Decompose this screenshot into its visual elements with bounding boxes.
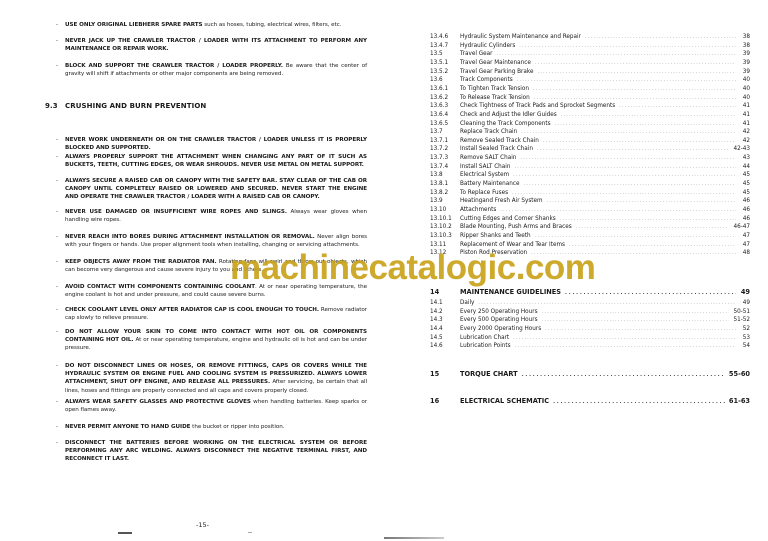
toc-number: 13.5.1	[430, 59, 460, 68]
toc-title: Hydraulic Cylinders	[460, 42, 519, 51]
toc-page-number: 42	[736, 128, 750, 137]
toc-number: 13.6.2	[430, 94, 460, 103]
watermark: machinecatalogic.com	[230, 248, 595, 288]
toc-page-number: 39	[736, 59, 750, 68]
toc-number: 13.6.1	[430, 85, 460, 94]
toc-page-number: 45	[736, 171, 750, 180]
bullet-item: -DISCONNECT THE BATTERIES BEFORE WORKING…	[65, 439, 367, 464]
bullet-marker: -	[56, 177, 58, 185]
toc-page-number: 53	[736, 334, 750, 343]
toc-page-number: 45	[736, 180, 750, 189]
toc-page-number: 38	[736, 33, 750, 42]
bullet-marker: -	[56, 283, 58, 291]
toc-number: 13.7.2	[430, 145, 460, 154]
toc-leader-dots: ........................................…	[565, 288, 736, 298]
bullet-emphasis: NEVER REACH INTO BORES DURING ATTACHMENT…	[65, 234, 315, 240]
toc-row[interactable]: 13.8.1Battery Maintenance...............…	[430, 180, 750, 189]
toc-page-number: 47	[736, 232, 750, 241]
toc-page-number: 47	[736, 241, 750, 250]
toc-title: Every 250 Operating Hours	[460, 308, 542, 317]
toc-number: 14.2	[430, 308, 460, 317]
bullet-marker: -	[56, 37, 58, 45]
toc-number: 13.6	[430, 76, 460, 85]
toc-number: 14.4	[430, 325, 460, 334]
toc-page-number: 50-51	[729, 308, 750, 317]
bullet-marker: -	[56, 328, 58, 336]
toc-page-number: 39	[736, 68, 750, 77]
toc-row[interactable]: 13.6.5Cleaning the Track Components.....…	[430, 120, 750, 129]
bullet-marker: -	[56, 208, 58, 216]
toc-row[interactable]: 13.10.3Ripper Shanks and Teeth..........…	[430, 232, 750, 241]
bullet-emphasis: NEVER JACK UP THE CRAWLER TRACTOR / LOAD…	[65, 38, 367, 52]
toc-number: 13.6.4	[430, 111, 460, 120]
toc-title: Travel Gear Parking Brake	[460, 68, 537, 77]
toc-number: 13.4.6	[430, 33, 460, 42]
toc-row[interactable]: 13.4.6Hydraulic System Maintenance and R…	[430, 33, 750, 42]
toc-number: 14.5	[430, 334, 460, 343]
toc-number: 13.6.3	[430, 102, 460, 111]
toc-number: 13.10.1	[430, 215, 460, 224]
toc-title: Install SALT Chain	[460, 163, 514, 172]
toc-row[interactable]: 13.7.3Remove SALT Chain.................…	[430, 154, 750, 163]
scan-artifact	[248, 532, 252, 533]
bullet-emphasis: AVOID CONTACT WITH COMPONENTS CONTAINING…	[65, 284, 255, 290]
toc-leader-dots: ........................................…	[553, 397, 725, 407]
toc-row[interactable]: 13.4.7Hydraulic Cylinders...............…	[430, 42, 750, 51]
toc-number: 16	[430, 396, 460, 406]
toc-number: 13.5.2	[430, 68, 460, 77]
toc-page-number: 49	[736, 299, 750, 308]
toc-title: Track Components	[460, 76, 517, 85]
bullet-item: -NEVER WORK UNDERNEATH OR ON THE CRAWLER…	[65, 136, 367, 152]
toc-title: Heatingand Fresh Air System	[460, 197, 547, 206]
toc-number: 13.5	[430, 50, 460, 59]
bullet-text: such as hoses, tubing, electrical wires,…	[203, 22, 342, 28]
toc-title: Lubrication Points	[460, 342, 515, 351]
section-number: 9.3	[45, 102, 65, 110]
bullet-emphasis: ALWAYS PROPERLY SUPPORT THE ATTACHMENT W…	[65, 154, 367, 168]
toc-row[interactable]: 13.5.2Travel Gear Parking Brake.........…	[430, 68, 750, 77]
toc-title: Cutting Edges and Corner Shanks	[460, 215, 560, 224]
toc-title: Check and Adjust the Idler Guides	[460, 111, 561, 120]
toc-title: MAINTENANCE GUIDELINES	[460, 287, 565, 297]
toc-page-number: 51-52	[729, 316, 750, 325]
toc-title: Daily	[460, 299, 478, 308]
toc-page-number: 46	[736, 197, 750, 206]
toc-section-row[interactable]: 14MAINTENANCE GUIDELINES................…	[430, 287, 750, 297]
toc-row[interactable]: 14.5Lubrication Chart...................…	[430, 334, 750, 343]
toc-page-number: 41	[736, 102, 750, 111]
section-heading: 9.3CRUSHING AND BURN PREVENTION	[45, 102, 206, 110]
toc-row[interactable]: 14.2Every 250 Operating Hours...........…	[430, 308, 750, 317]
bullet-marker: -	[56, 153, 58, 161]
bullet-emphasis: NEVER WORK UNDERNEATH OR ON THE CRAWLER …	[65, 137, 367, 151]
toc-title: Remove Sealed Track Chain	[460, 137, 543, 146]
toc-number: 13.8	[430, 171, 460, 180]
toc-number: 14.3	[430, 316, 460, 325]
bullet-emphasis: CHECK COOLANT LEVEL ONLY AFTER RADIATOR …	[65, 307, 319, 313]
toc-number: 13.7.1	[430, 137, 460, 146]
bullet-item: -DO NOT DISCONNECT LINES OR HOSES, OR RE…	[65, 362, 367, 395]
bullet-item: -DO NOT ALLOW YOUR SKIN TO COME INTO CON…	[65, 328, 367, 353]
bullet-marker: -	[56, 439, 58, 447]
toc-row[interactable]: 13.8Electrical System...................…	[430, 171, 750, 180]
toc-page-number: 44	[736, 163, 750, 172]
bullet-item: -ALWAYS SECURE A RAISED CAB OR CANOPY WI…	[65, 177, 367, 202]
toc-number: 13.8.2	[430, 189, 460, 198]
toc-page-number: 40	[736, 76, 750, 85]
section-title: CRUSHING AND BURN PREVENTION	[65, 102, 206, 110]
bullet-marker: -	[56, 136, 58, 144]
bullet-item: -USE ONLY ORIGINAL LIEBHERR SPARE PARTS …	[65, 21, 367, 29]
toc-page-number: 41	[736, 111, 750, 120]
bullet-marker: -	[56, 233, 58, 241]
toc-title: Attachments	[460, 206, 500, 215]
toc-title: Every 2000 Operating Hours	[460, 325, 545, 334]
bullet-item: -ALWAYS WEAR SAFETY GLASSES AND PROTECTI…	[65, 398, 367, 414]
toc-title: Every 500 Operating Hours	[460, 316, 542, 325]
bullet-emphasis: USE ONLY ORIGINAL LIEBHERR SPARE PARTS	[65, 22, 203, 28]
bullet-emphasis: ALWAYS SECURE A RAISED CAB OR CANOPY WIT…	[65, 178, 367, 200]
bullet-item: -ALWAYS PROPERLY SUPPORT THE ATTACHMENT …	[65, 153, 367, 169]
toc-row[interactable]: 13.7Replace Track Chain.................…	[430, 128, 750, 137]
toc-title: Replace Track Chain	[460, 128, 521, 137]
toc-number: 13.8.1	[430, 180, 460, 189]
bullet-emphasis: KEEP OBJECTS AWAY FROM THE RADIATOR FAN.	[65, 259, 217, 265]
toc-number: 13.9	[430, 197, 460, 206]
toc-title: Blade Mounting, Push Arms and Braces	[460, 223, 576, 232]
scan-artifact	[384, 537, 444, 539]
bullet-marker: -	[56, 362, 58, 370]
bullet-emphasis: ALWAYS WEAR SAFETY GLASSES AND PROTECTIV…	[65, 399, 251, 405]
toc-number: 13.10.2	[430, 223, 460, 232]
toc-row[interactable]: 13.6.4Check and Adjust the Idler Guides.…	[430, 111, 750, 120]
toc-leader-dots: ........................................…	[515, 343, 736, 352]
toc-page-number: 45	[736, 189, 750, 198]
toc-row[interactable]: 14.3Every 500 Operating Hours...........…	[430, 316, 750, 325]
toc-page-number: 39	[736, 50, 750, 59]
toc-title: ELECTRICAL SCHEMATIC	[460, 396, 553, 406]
toc-title: Ripper Shanks and Teeth	[460, 232, 535, 241]
toc-title: To Tighten Track Tension	[460, 85, 533, 94]
toc-number: 14.6	[430, 342, 460, 351]
toc-row[interactable]: 13.6.3Check Tightness of Track Pads and …	[430, 102, 750, 111]
toc-row[interactable]: 13.6.1To Tighten Track Tension..........…	[430, 85, 750, 94]
toc-row[interactable]: 13.5.1Travel Gear Maintenance...........…	[430, 59, 750, 68]
toc-title: Install Sealed Track Chain	[460, 145, 537, 154]
toc-page-number: 54	[736, 342, 750, 351]
toc-title: Travel Gear Maintenance	[460, 59, 535, 68]
bullet-item: -NEVER JACK UP THE CRAWLER TRACTOR / LOA…	[65, 37, 367, 53]
toc-page-number: 52	[736, 325, 750, 334]
bullet-item: -NEVER USE DAMAGED OR INSUFFICIENT WIRE …	[65, 208, 367, 224]
toc-row[interactable]: 13.6Track Components....................…	[430, 76, 750, 85]
toc-page-number: 38	[736, 42, 750, 51]
bullet-marker: -	[56, 306, 58, 314]
toc-number: 14	[430, 287, 460, 297]
bullet-marker: -	[56, 258, 58, 266]
bullet-item: -BLOCK AND SUPPORT THE CRAWLER TRACTOR /…	[65, 62, 367, 78]
bullet-marker: -	[56, 398, 58, 406]
toc-page-number: 46	[736, 206, 750, 215]
toc-page-number: 43	[736, 154, 750, 163]
page-number-left: -15-	[196, 521, 209, 529]
toc-page-number: 42	[736, 137, 750, 146]
toc-title: Electrical System	[460, 171, 513, 180]
toc-row[interactable]: 13.9Heatingand Fresh Air System.........…	[430, 197, 750, 206]
bullet-emphasis: BLOCK AND SUPPORT THE CRAWLER TRACTOR / …	[65, 63, 283, 69]
toc-section-row[interactable]: 16ELECTRICAL SCHEMATIC..................…	[430, 396, 750, 406]
toc-row[interactable]: 14.6Lubrication Points..................…	[430, 342, 750, 351]
toc-page-number: 41	[736, 120, 750, 129]
toc-page-number: 48	[736, 249, 750, 258]
bullet-item: -NEVER REACH INTO BORES DURING ATTACHMEN…	[65, 233, 367, 249]
toc-title: Remove SALT Chain	[460, 154, 520, 163]
bullet-marker: -	[56, 62, 58, 70]
bullet-marker: -	[56, 21, 58, 29]
toc-page-number: 61-63	[725, 396, 750, 406]
toc-leader-dots: ........................................…	[522, 370, 725, 380]
scan-artifact	[118, 532, 132, 534]
toc-page-number: 49	[736, 287, 750, 297]
toc-row[interactable]: 13.5Travel Gear.........................…	[430, 50, 750, 59]
toc-title: Lubrication Chart	[460, 334, 513, 343]
toc-page-number: 46	[736, 215, 750, 224]
toc-row[interactable]: 13.7.2Install Sealed Track Chain........…	[430, 145, 750, 154]
toc-title: Hydraulic System Maintenance and Repair	[460, 33, 585, 42]
toc-row[interactable]: 13.7.1Remove Sealed Track Chain.........…	[430, 137, 750, 146]
toc-number: 13.7.4	[430, 163, 460, 172]
toc-row[interactable]: 13.7.4Install SALT Chain................…	[430, 163, 750, 172]
toc-page-number: 42-43	[729, 145, 750, 154]
toc-row[interactable]: 13.6.2To Release Track Tension..........…	[430, 94, 750, 103]
toc-row[interactable]: 14.1Daily...............................…	[430, 299, 750, 308]
toc-number: 15	[430, 369, 460, 379]
toc-number: 13.10	[430, 206, 460, 215]
bullet-emphasis: DISCONNECT THE BATTERIES BEFORE WORKING …	[65, 440, 367, 462]
toc-title: Check Tightness of Track Pads and Sprock…	[460, 102, 619, 111]
toc-row[interactable]: 13.10.2Blade Mounting, Push Arms and Bra…	[430, 223, 750, 232]
toc-title: Travel Gear	[460, 50, 496, 59]
toc-title: Cleaning the Track Components	[460, 120, 555, 129]
toc-row[interactable]: 13.10Attachments........................…	[430, 206, 750, 215]
bullet-text: the bucket or ripper into position.	[190, 424, 284, 430]
toc-number: 13.7.3	[430, 154, 460, 163]
toc-number: 13.4.7	[430, 42, 460, 51]
toc-title: TORQUE CHART	[460, 369, 522, 379]
toc-title: Battery Maintenance	[460, 180, 524, 189]
toc-number: 13.10.3	[430, 232, 460, 241]
toc-title: To Replace Fuses	[460, 189, 512, 198]
toc-page-number: 40	[736, 94, 750, 103]
toc-page-number: 55-60	[725, 369, 750, 379]
toc-number: 13.7	[430, 128, 460, 137]
bullet-item: -CHECK COOLANT LEVEL ONLY AFTER RADIATOR…	[65, 306, 367, 322]
toc-page-number: 46-47	[729, 223, 750, 232]
bullet-marker: -	[56, 423, 58, 431]
toc-number: 13.6.5	[430, 120, 460, 129]
toc-row[interactable]: 13.10.1Cutting Edges and Corner Shanks..…	[430, 215, 750, 224]
toc-row[interactable]: 14.4Every 2000 Operating Hours..........…	[430, 325, 750, 334]
toc-page-number: 40	[736, 85, 750, 94]
toc-number: 14.1	[430, 299, 460, 308]
toc-section-row[interactable]: 15TORQUE CHART..........................…	[430, 369, 750, 379]
bullet-emphasis: NEVER PERMIT ANYONE TO HAND GUIDE	[65, 424, 190, 430]
bullet-item: -NEVER PERMIT ANYONE TO HAND GUIDE the b…	[65, 423, 367, 431]
toc-title: To Release Track Tension	[460, 94, 534, 103]
bullet-emphasis: NEVER USE DAMAGED OR INSUFFICIENT WIRE R…	[65, 209, 287, 215]
toc-row[interactable]: 13.8.2To Replace Fuses..................…	[430, 189, 750, 198]
